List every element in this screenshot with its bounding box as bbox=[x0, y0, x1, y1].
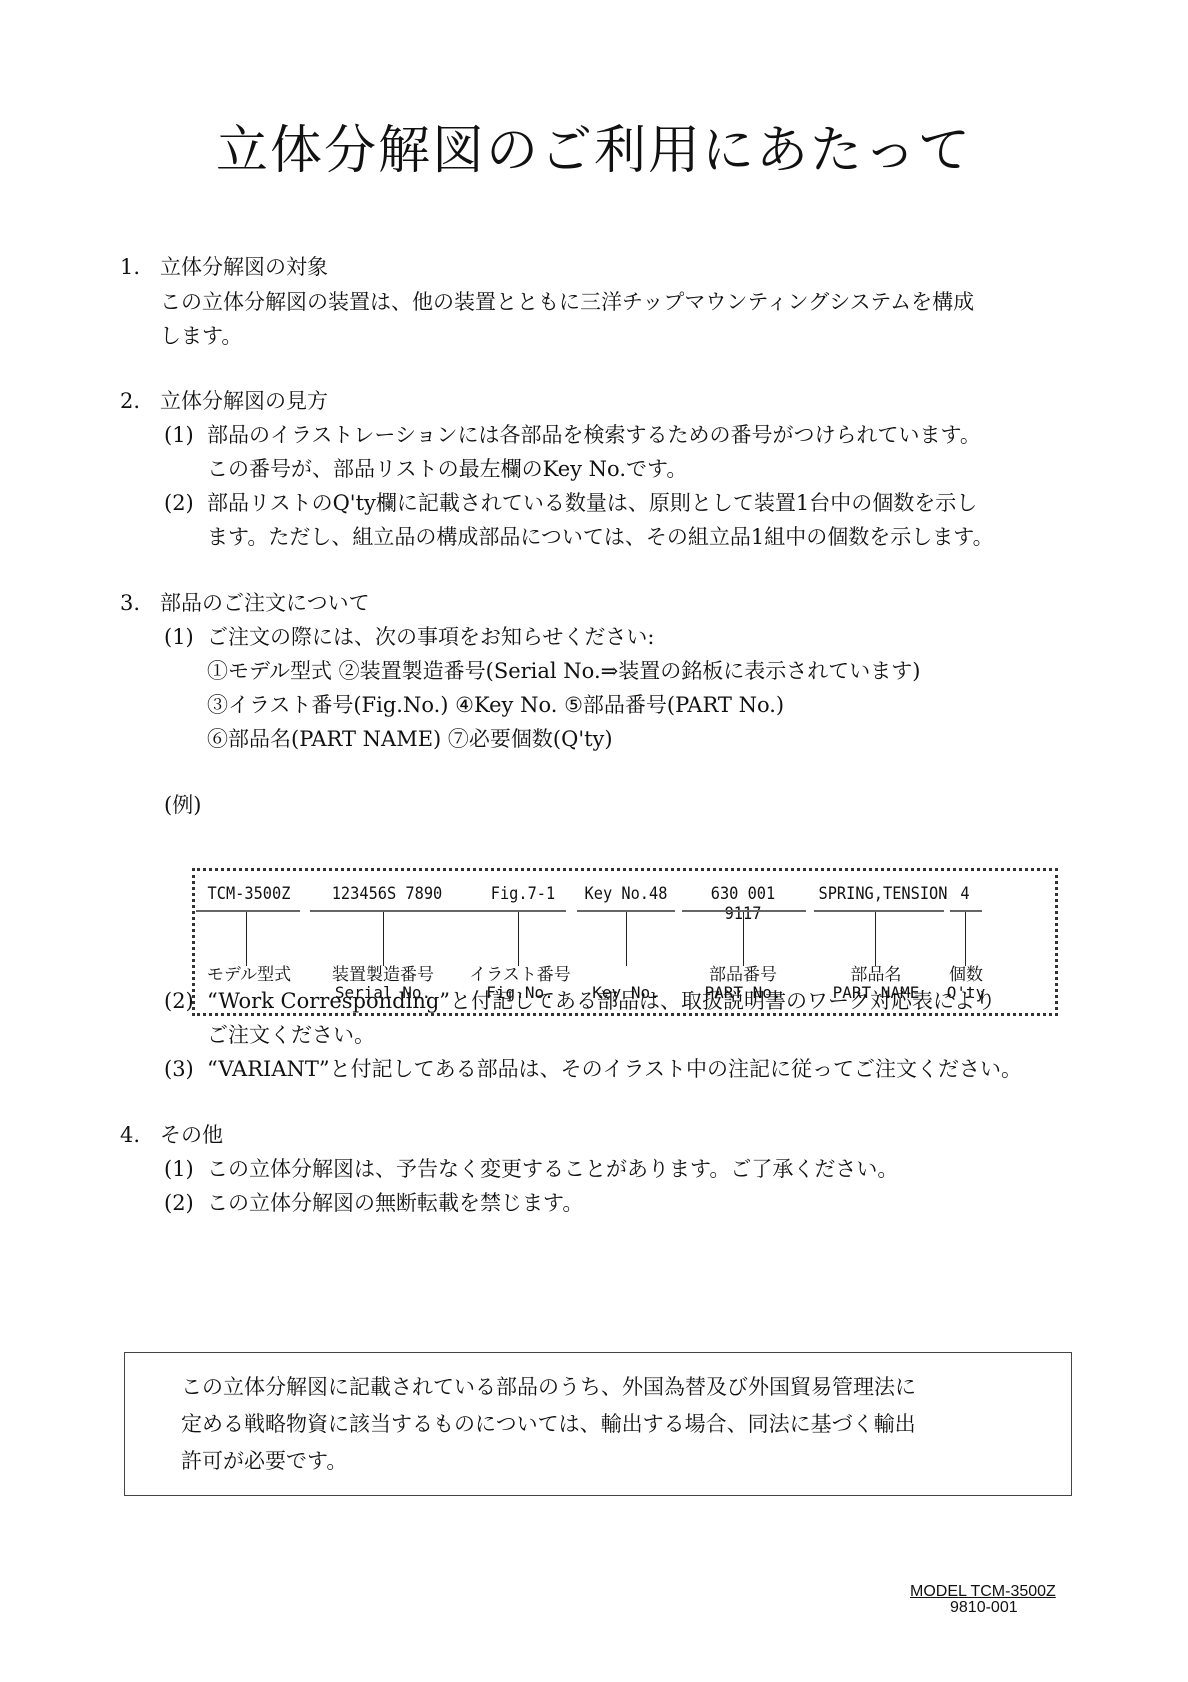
divider bbox=[682, 910, 806, 912]
example-value-key: Key No.48 bbox=[581, 884, 671, 904]
item-line: ご注文の際には、次の事項をお知らせください: bbox=[207, 620, 654, 654]
section-2-heading: 立体分解図の見方 bbox=[160, 384, 328, 418]
section-3-number: 3. bbox=[120, 586, 140, 620]
item-number: (2) bbox=[164, 1186, 194, 1220]
leader-line bbox=[518, 912, 519, 966]
divider bbox=[814, 910, 944, 912]
item-line: ご注文ください。 bbox=[207, 1018, 375, 1052]
item-number: (1) bbox=[164, 1152, 194, 1186]
section-1-heading: 立体分解図の対象 bbox=[160, 250, 328, 284]
item-line: ③イラスト番号(Fig.No.) ④Key No. ⑤部品番号(PART No.… bbox=[207, 688, 784, 722]
label-ja: 個数 bbox=[949, 965, 983, 985]
notice-line: この立体分解図に記載されている部品のうち、外国為替及び外国貿易管理法に bbox=[181, 1369, 916, 1406]
divider bbox=[196, 910, 300, 912]
label-ja: 部品番号 bbox=[709, 965, 777, 985]
example-value-serial: 123456S 7890 bbox=[321, 884, 452, 904]
page-title: 立体分解図のご利用にあたって bbox=[0, 108, 1188, 183]
divider bbox=[310, 910, 470, 912]
item-number: (1) bbox=[164, 418, 194, 452]
leader-line bbox=[246, 912, 247, 966]
example-value-fig: Fig.7-1 bbox=[479, 884, 567, 904]
item-number: (3) bbox=[164, 1052, 194, 1086]
item-line: “Work Corresponding”と付記してある部品は、取扱説明書のワーク… bbox=[207, 984, 996, 1018]
item-line: ます。ただし、組立品の構成部品については、その組立品1組中の個数を示します。 bbox=[207, 520, 994, 554]
example-value-part-name: SPRING,TENSION bbox=[819, 884, 936, 904]
leader-line bbox=[626, 912, 627, 966]
item-line: 部品のイラストレーションには各部品を検索するための番号がつけられています。 bbox=[207, 418, 981, 452]
label-ja: 部品名 bbox=[851, 965, 902, 985]
section-4-heading: その他 bbox=[160, 1118, 223, 1152]
section-1-number: 1. bbox=[120, 250, 140, 284]
notice-line: 定める戦略物資に該当するものについては、輸出する場合、同法に基づく輸出 bbox=[181, 1406, 916, 1443]
item-line: 部品リストのQ'ty欄に記載されている数量は、原則として装置1台中の個数を示し bbox=[207, 486, 977, 520]
example-label: (例) bbox=[164, 788, 201, 822]
section-3-heading: 部品のご注文について bbox=[160, 586, 370, 620]
leader-line bbox=[743, 912, 744, 966]
item-line: この立体分解図は、予告なく変更することがあります。ご了承ください。 bbox=[207, 1152, 898, 1186]
item-line: この立体分解図の無断転載を禁じます。 bbox=[207, 1186, 583, 1220]
leader-line bbox=[965, 912, 966, 966]
export-notice-box: この立体分解図に記載されている部品のうち、外国為替及び外国貿易管理法に 定める戦… bbox=[124, 1352, 1072, 1496]
item-number: (2) bbox=[164, 984, 194, 1018]
item-line: “VARIANT”と付記してある部品は、そのイラスト中の注記に従ってご注文くださ… bbox=[207, 1052, 1022, 1086]
label-ja: モデル型式 bbox=[207, 965, 291, 985]
section-1-body-line: します。 bbox=[160, 319, 242, 353]
item-line: ①モデル型式 ②装置製造番号(Serial No.⇒装置の銘板に表示されています… bbox=[207, 654, 920, 688]
label-ja: 装置製造番号 bbox=[332, 965, 434, 985]
section-4-number: 4. bbox=[120, 1118, 140, 1152]
item-line: この番号が、部品リストの最左欄のKey No.です。 bbox=[207, 452, 687, 486]
example-value-qty: 4 bbox=[950, 884, 981, 904]
item-number: (2) bbox=[164, 486, 194, 520]
label-ja: イラスト番号 bbox=[469, 965, 571, 985]
item-number: (1) bbox=[164, 620, 194, 654]
footer-doc-code: 9810-001 bbox=[950, 1599, 1018, 1617]
leader-line bbox=[383, 912, 384, 966]
leader-line bbox=[875, 912, 876, 966]
section-2-number: 2. bbox=[120, 384, 140, 418]
example-label-model: モデル型式 bbox=[194, 966, 304, 984]
item-line: ⑥部品名(PART NAME) ⑦必要個数(Q'ty) bbox=[207, 722, 613, 756]
notice-line: 許可が必要です。 bbox=[181, 1443, 347, 1480]
section-1-body-line: この立体分解図の装置は、他の装置とともに三洋チップマウンティングシステムを構成 bbox=[160, 285, 974, 319]
example-value-model: TCM-3500Z bbox=[203, 884, 295, 904]
divider bbox=[950, 910, 982, 912]
